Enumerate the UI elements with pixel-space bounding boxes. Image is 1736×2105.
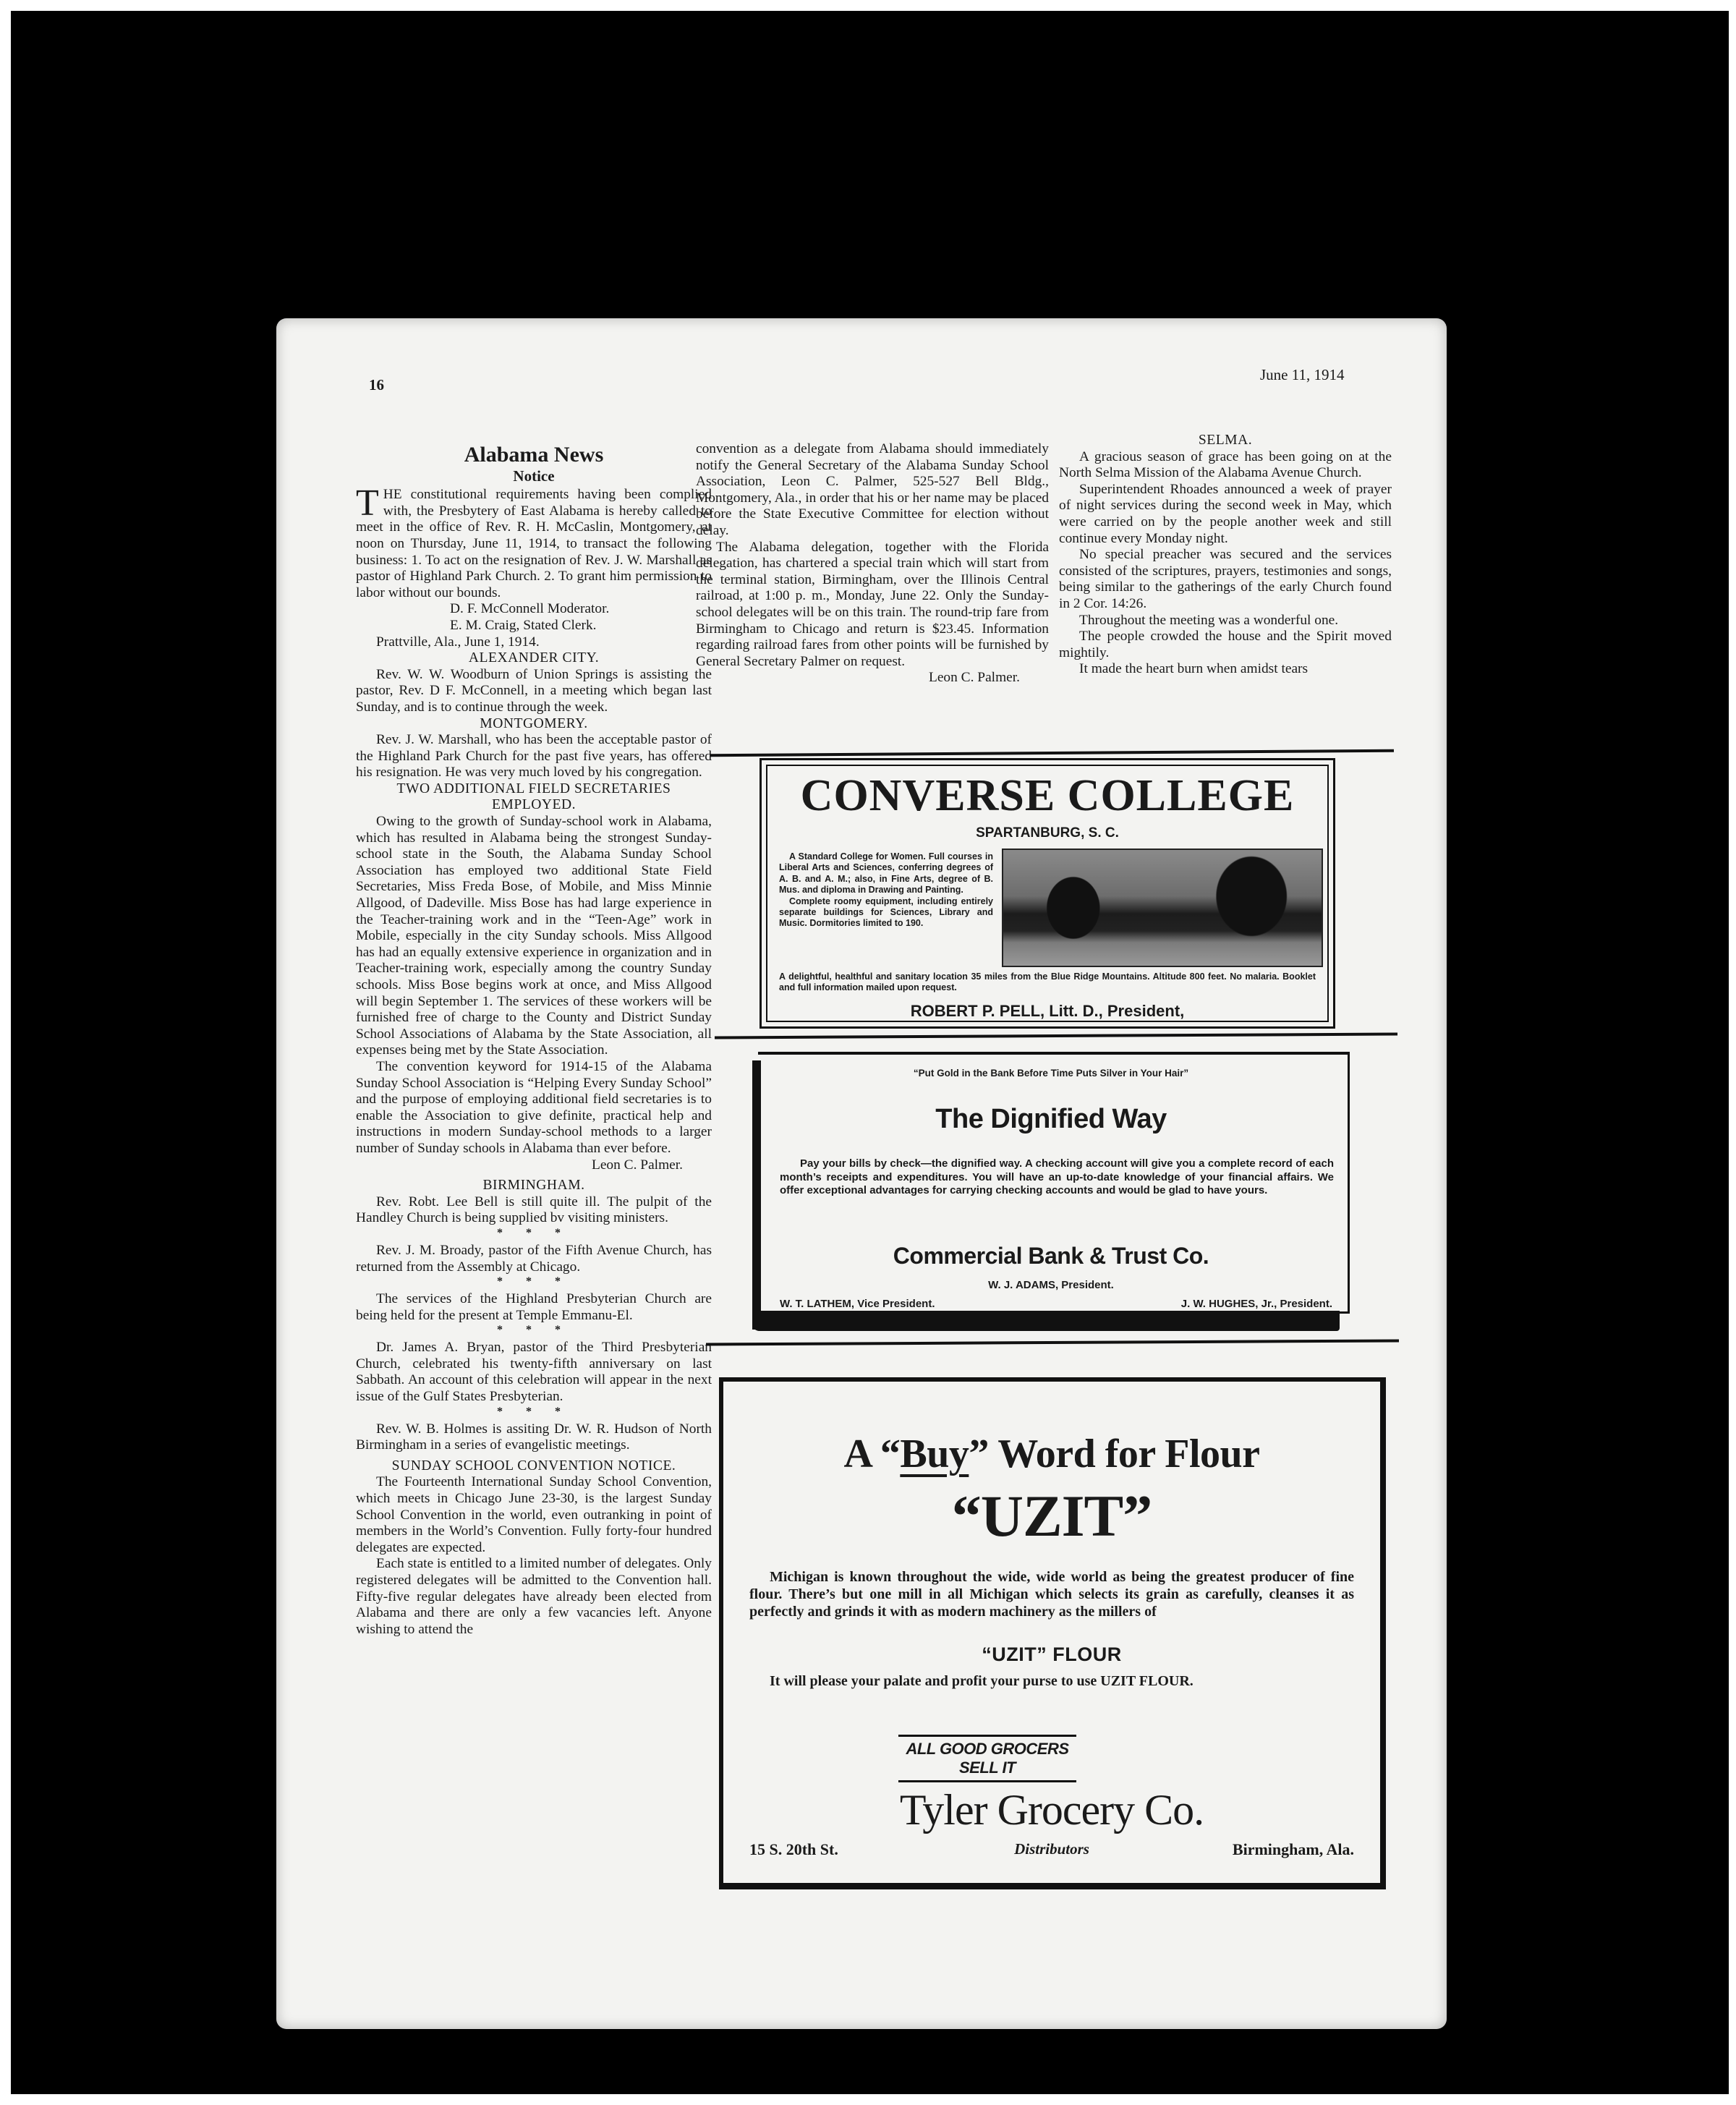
field-secretaries-p2: The convention keyword for 1914-15 of th… — [356, 1059, 712, 1157]
ad-body-2: It will please your palate and profit yo… — [749, 1672, 1354, 1690]
alexander-city-body: Rev. W. W. Woodburn of Union Springs is … — [356, 667, 712, 716]
notice-place-date: Prattville, Ala., June 1, 1914. — [356, 634, 712, 651]
convention-p3: The Alabama delegation, together with th… — [696, 540, 1049, 671]
birmingham-item: Rev. W. B. Holmes is assiting Dr. W. R. … — [356, 1421, 712, 1454]
convention-signature: Leon C. Palmer. — [696, 670, 1049, 686]
birmingham-heading: BIRMINGHAM. — [356, 1178, 712, 1194]
notice-signature-clerk: E. M. Craig, Stated Clerk. — [356, 618, 712, 634]
column-3: SELMA. A gracious season of grace has be… — [1059, 433, 1392, 678]
selma-paragraph: The people crowded the house and the Spi… — [1059, 629, 1392, 661]
ad-slogan: ALL GOOD GROCERS SELL IT — [898, 1735, 1076, 1782]
selma-heading: SELMA. — [1059, 433, 1392, 449]
ad-description: A Standard College for Women. Full cours… — [779, 851, 993, 930]
bank-name: Commercial Bank & Trust Co. — [752, 1243, 1350, 1270]
page-number: 16 — [369, 376, 384, 394]
ad-description-bottom: A delightful, healthful and sanitary loc… — [779, 971, 1316, 994]
company-name: Tyler Grocery Co. — [723, 1785, 1380, 1835]
ad-body: Pay your bills by check—the dignified wa… — [780, 1157, 1334, 1198]
separator: * * * — [356, 1227, 712, 1240]
issue-date: June 11, 1914 — [1260, 366, 1344, 384]
divider-rule — [715, 1033, 1397, 1039]
ad-title: The Dignified Way — [752, 1104, 1350, 1135]
separator: * * * — [356, 1324, 712, 1337]
notice-body: THE constitutional requirements having b… — [356, 487, 712, 601]
notice-signature-moderator: D. F. McConnell Moderator. — [356, 601, 712, 618]
field-secretaries-heading: TWO ADDITIONAL FIELD SECRETARIES EMPLOYE… — [356, 781, 712, 814]
convention-p2: Each state is entitled to a limited numb… — [356, 1556, 712, 1638]
ad-body: Michigan is known throughout the wide, w… — [749, 1568, 1354, 1620]
bank-vice-president: W. T. LATHEM, Vice President. — [780, 1298, 935, 1310]
column-1: Alabama News Notice THE constitutional r… — [356, 447, 712, 1638]
company-city: Birmingham, Ala. — [1233, 1840, 1354, 1859]
ad-president: ROBERT P. PELL, Litt. D., President, — [767, 1002, 1327, 1021]
divider-rule — [710, 749, 1394, 757]
convention-heading: SUNDAY SCHOOL CONVENTION NOTICE. — [356, 1458, 712, 1475]
drop-cap: T — [356, 488, 379, 519]
convention-continued: convention as a delegate from Alabama sh… — [696, 441, 1049, 540]
alexander-city-heading: ALEXANDER CITY. — [356, 650, 712, 667]
ad-title: CONVERSE COLLEGE — [767, 770, 1327, 821]
separator: * * * — [356, 1275, 712, 1288]
bank-officer: J. W. HUGHES, Jr., President. — [1181, 1298, 1332, 1310]
ad-subhead: “UZIT” FLOUR — [723, 1643, 1380, 1666]
field-secretaries-p1: Owing to the growth of Sunday-school wor… — [356, 814, 712, 1059]
column-2: convention as a delegate from Alabama sh… — [696, 441, 1049, 686]
selma-paragraph: It made the heart burn when amidst tears — [1059, 661, 1392, 678]
brand-name: “UZIT” — [723, 1483, 1380, 1549]
uzit-flour-ad: A “Buy” Word for Flour “UZIT” Michigan i… — [719, 1377, 1386, 1889]
montgomery-body: Rev. J. W. Marshall, who has been the ac… — [356, 732, 712, 781]
selma-paragraph: A gracious season of grace has been goin… — [1059, 449, 1392, 482]
selma-paragraph: No special preacher was secured and the … — [1059, 547, 1392, 612]
selma-paragraph: Superintendent Rhoades announced a week … — [1059, 482, 1392, 547]
campus-photo — [1002, 849, 1323, 967]
ad-location: SPARTANBURG, S. C. — [767, 825, 1327, 841]
birmingham-item: Rev. J. M. Broady, pastor of the Fifth A… — [356, 1243, 712, 1275]
separator: * * * — [356, 1406, 712, 1419]
montgomery-heading: MONTGOMERY. — [356, 716, 712, 733]
ad-headline: A “Buy” Word for Flour — [723, 1431, 1380, 1477]
section-title: Alabama News — [356, 447, 712, 464]
notice-title: Notice — [356, 468, 712, 485]
field-secretaries-signature: Leon C. Palmer. — [356, 1157, 712, 1174]
birmingham-item: Rev. Robt. Lee Bell is still quite ill. … — [356, 1194, 712, 1227]
box-shadow-bottom — [752, 1311, 1340, 1331]
divider-rule — [706, 1339, 1399, 1345]
converse-college-ad: CONVERSE COLLEGE SPARTANBURG, S. C. A St… — [759, 758, 1335, 1029]
bank-president: W. J. ADAMS, President. — [752, 1279, 1350, 1291]
birmingham-item: Dr. James A. Bryan, pastor of the Third … — [356, 1340, 712, 1405]
selma-paragraph: Throughout the meeting was a wonderful o… — [1059, 613, 1392, 629]
commercial-bank-ad: “Put Gold in the Bank Before Time Puts S… — [752, 1052, 1350, 1331]
birmingham-item: The services of the Highland Presbyteria… — [356, 1291, 712, 1324]
ad-motto: “Put Gold in the Bank Before Time Puts S… — [752, 1068, 1350, 1079]
convention-p1: The Fourteenth International Sunday Scho… — [356, 1474, 712, 1556]
